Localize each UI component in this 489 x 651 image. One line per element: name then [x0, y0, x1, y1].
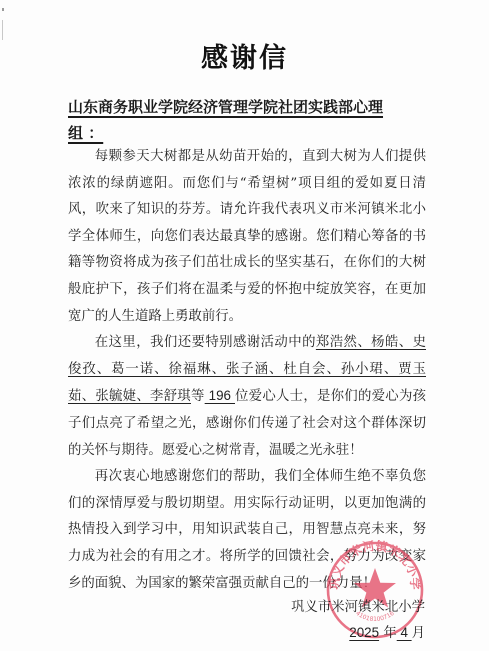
- letter-title: 感谢信: [0, 36, 489, 75]
- date-month: 4: [397, 625, 412, 640]
- margin-mark: [2, 8, 4, 11]
- date-year: 2025: [349, 625, 379, 640]
- volunteer-count: 196: [205, 388, 235, 403]
- recipient-name: 山东商务职业学院经济管理学院社团实践部心理: [68, 98, 383, 116]
- letter-date: 2025 年 4 月: [349, 622, 425, 641]
- letter-page: 感谢信 山东商务职业学院经济管理学院社团实践部心理 组 ： 每颗参天大树都是从幼…: [0, 0, 489, 651]
- date-month-unit: 月: [412, 626, 425, 641]
- thanks-prefix: 在这里，我们还要特别感谢活动中的: [95, 335, 316, 350]
- paragraph-2: 在这里，我们还要特别感谢活动中的郑浩然、杨皓、史俊孜、葛一诺、徐福琳、张子涵、杜…: [68, 330, 426, 464]
- recipient-name-cont: 组 ：: [68, 124, 103, 142]
- letter-body: 每颗参天大树都是从幼苗开始的，直到大树为人们提供浓浓的绿荫遮阳。而您们与“希望树…: [68, 144, 426, 597]
- paragraph-3: 再次衷心地感谢您们的帮助，我们全体师生绝不辜负您们的深情厚爱与殷切期望。用实际行…: [68, 464, 426, 597]
- date-year-unit: 年: [383, 626, 396, 641]
- signature-school: 巩义市米河镇米北小学: [291, 596, 425, 615]
- thanks-mid: 等: [191, 389, 205, 404]
- paragraph-1: 每颗参天大树都是从幼苗开始的，直到大树为人们提供浓浓的绿荫遮阳。而您们与“希望树…: [68, 144, 426, 330]
